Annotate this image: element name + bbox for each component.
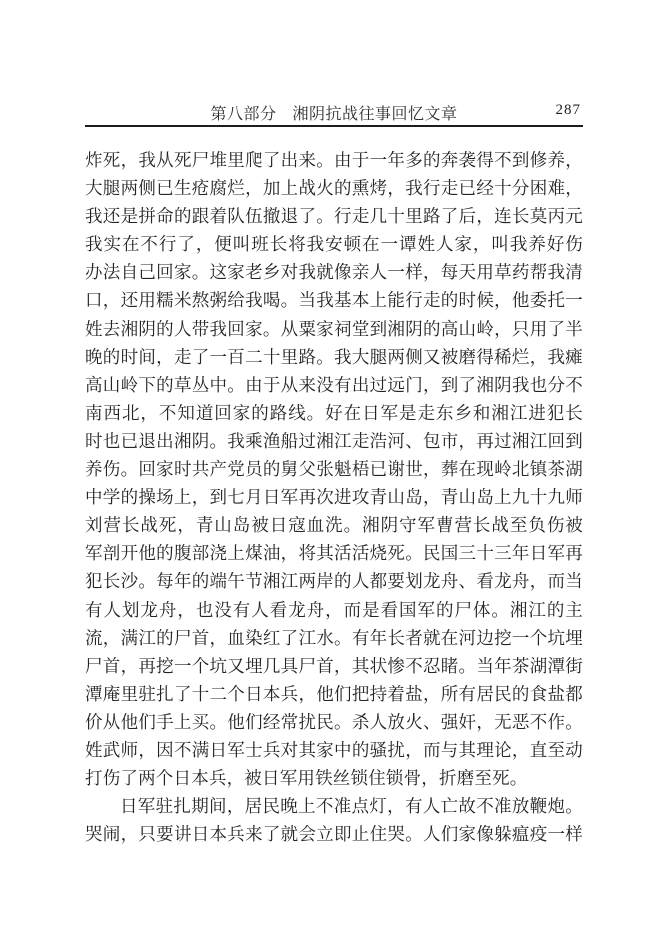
section-part-label: 第八部分 xyxy=(210,106,276,123)
header-rule xyxy=(85,125,583,127)
body-text-line: 高山岭下的草丛中。由于从来没有出过远门，到了湘阴我也分不清东 xyxy=(85,371,583,399)
body-text-line: 姓去湘阴的人带我回家。从粟家祠堂到湘阴的高山岭，只用了半天一 xyxy=(85,315,583,343)
body-text-line: 日军驻扎期间，居民晚上不准点灯，有人亡故不准放鞭炮。小孩 xyxy=(85,792,583,820)
section-title: 湘阴抗战往事回忆文章 xyxy=(293,106,458,123)
body-text-line: 打伤了两个日本兵，被日军用铁丝锁住锁骨，折磨至死。 xyxy=(85,764,583,792)
body-text-line: 刘营长战死，青山岛被日寇血洗。湘阴守军曹营长战至负伤被俘，日 xyxy=(85,511,583,539)
body-text: 炸死，我从死尸堆里爬了出来。由于一年多的奔袭得不到修养，我的大腿两侧已生疮腐烂，… xyxy=(85,146,583,848)
body-text-line: 口，还用糯米熬粥给我喝。当我基本上能行走的时候，他委托一个王 xyxy=(85,286,583,314)
body-text-line: 养伤。回家时共产党员的舅父张魁梧已谢世，葬在现岭北镇茶湖潭 xyxy=(85,455,583,483)
body-text-line: 晚的时间，走了一百二十里路。我大腿两侧又被磨得稀烂，我瘫倒在 xyxy=(85,343,583,371)
running-header: 第八部分湘阴抗战往事回忆文章 287 xyxy=(85,101,583,123)
body-text-line: 中学的操场上，到七月日军再次进攻青山岛，青山岛上九十九师守军 xyxy=(85,483,583,511)
book-page: 第八部分湘阴抗战往事回忆文章 287 炸死，我从死尸堆里爬了出来。由于一年多的奔… xyxy=(0,0,665,929)
body-text-line: 南西北，不知道回家的路线。好在日军是走东乡和湘江进犯长沙，当 xyxy=(85,399,583,427)
body-text-line: 犯长沙。每年的端午节湘江两岸的人都要划龙舟、看龙舟，而当年没 xyxy=(85,567,583,595)
body-text-line: 军剖开他的腹部浇上煤油，将其活活烧死。民国三十三年日军再次进 xyxy=(85,539,583,567)
body-text-line: 尸首，再挖一个坑又埋几具尸首，其状惨不忍睹。当年茶湖潭街上玉 xyxy=(85,652,583,680)
body-text-line: 时也已退出湘阴。我乘渔船过湘江走浩河、包市，再过湘江回到家中 xyxy=(85,427,583,455)
body-text-line: 姓武师，因不满日军士兵对其家中的骚扰，而与其理论，直至动手， xyxy=(85,736,583,764)
body-text-line: 哭闹，只要讲日本兵来了就会立即止住哭。人们家像躲瘟疫一样躲着 xyxy=(85,820,583,848)
body-text-line: 有人划龙舟，也没有人看龙舟，而是看国军的尸体。湘江的主流、支 xyxy=(85,596,583,624)
body-text-line: 流，满江的尸首，血染红了江水。有年长者就在河边挖一个坑埋几具 xyxy=(85,624,583,652)
body-text-line: 大腿两侧已生疮腐烂，加上战火的熏烤，我行走已经十分困难，但是 xyxy=(85,174,583,202)
page-number: 287 xyxy=(556,102,582,119)
body-text-line: 价从他们手上买。他们经常扰民。杀人放火、强奸，无恶不作。一周 xyxy=(85,708,583,736)
body-text-line: 我还是拼命的跟着队伍撤退了。行走几十里路了后，连长莫丙元看到 xyxy=(85,202,583,230)
body-text-line: 办法自己回家。这家老乡对我就像亲人一样，每天用草药帮我清洗伤 xyxy=(85,258,583,286)
body-text-line: 炸死，我从死尸堆里爬了出来。由于一年多的奔袭得不到修养，我的 xyxy=(85,146,583,174)
body-text-line: 潭庵里驻扎了十二个日本兵，他们把持着盐，所有居民的食盐都要高 xyxy=(85,680,583,708)
body-text-line: 我实在不行了，便叫班长将我安顿在一谭姓人家，叫我养好伤后，想 xyxy=(85,230,583,258)
